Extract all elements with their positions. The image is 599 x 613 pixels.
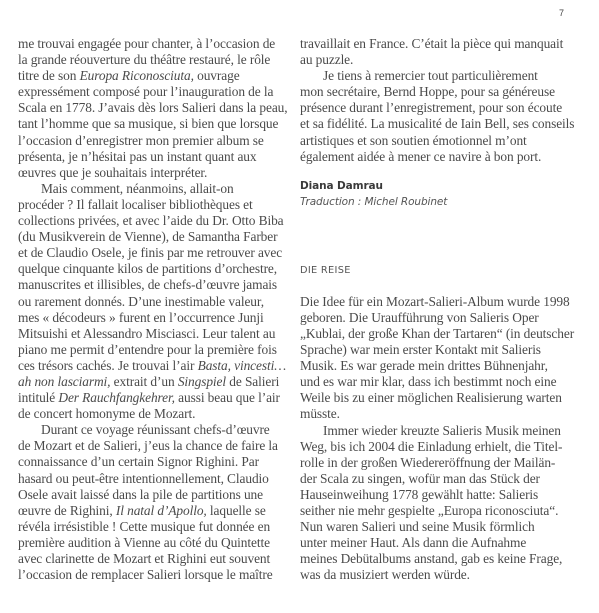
text-line: avec clarinette de Mozart et Righini eut…: [18, 551, 288, 567]
text-line: der Scala zu singen, wofür man das Stück…: [300, 471, 570, 487]
text-line: Osele avait laissé dans la pile de parti…: [18, 487, 288, 503]
text-line: rolle in der großen Wiedereröffnung der …: [300, 455, 570, 471]
text-line: également aidée à mener ce navire à bon …: [300, 149, 570, 165]
text-line: au puzzle.: [300, 52, 570, 68]
text-line: was da musiziert werden würde.: [300, 567, 570, 583]
text-line: première audition à Vienne au côté du Qu…: [18, 535, 288, 551]
text-line: mes « décodeurs » furent en l’occurrence…: [18, 310, 288, 326]
text-line: Mais comment, néanmoins, allait-on: [18, 181, 288, 197]
french-text-block: travaillait en France. C’était la pièce …: [300, 36, 570, 165]
text-line: et sa fidélité. La musicalité de Iain Be…: [300, 116, 570, 132]
text-line: Mitsuishi et Alessandro Misciasci. Leur …: [18, 326, 288, 342]
text-line: tant l’homme que sa musique, si bien que…: [18, 116, 288, 132]
text-run: de Salieri: [226, 374, 279, 389]
text-line: me trouvai engagée pour chanter, à l’occ…: [18, 36, 288, 52]
text-line: hasard ou peut-être intentionnellement, …: [18, 471, 288, 487]
text-line: la grande réouverture du théâtre restaur…: [18, 52, 288, 68]
text-run: œuvre de Righini,: [18, 503, 116, 518]
text-line: Durant ce voyage réunissant chefs-d’œuvr…: [18, 422, 288, 438]
text-line: connaissance d’un certain Signor Righini…: [18, 454, 288, 470]
text-line: collections privées, et avec l’aide du D…: [18, 213, 288, 229]
text-run: ces trésors cachés. Je trouvai l’air: [18, 358, 198, 373]
text-line: de concert homonyme de Mozart.: [18, 406, 288, 422]
text-line: présenta, je n’hésitai pas un instant qu…: [18, 149, 288, 165]
text-line: travaillait en France. C’était la pièce …: [300, 36, 570, 52]
text-line: expressément composé pour l’inauguration…: [18, 84, 288, 100]
italic-title: Il natal d’Apollo,: [116, 503, 207, 518]
page-number: 7: [559, 8, 564, 18]
text-line: l’occasion de remplacer Salieri lorsque …: [18, 567, 288, 583]
text-line: seither nie mehr gespielte „Europa ricon…: [300, 503, 570, 519]
text-line: mon secrétaire, Bernd Hoppe, pour sa gén…: [300, 84, 570, 100]
text-line: titre de son Europa Riconosciuta, ouvrag…: [18, 68, 288, 84]
text-line: Nun waren Salieri und seine Musik förmli…: [300, 519, 570, 535]
text-line: quelque cinquante kilos de partitions d’…: [18, 261, 288, 277]
text-line: „Kublai, der große Khan der Tartaren“ (i…: [300, 326, 570, 342]
text-line: révéla irrésistible ! Cette musique fut …: [18, 519, 288, 535]
text-line: Immer wieder kreuzte Salieris Musik mein…: [300, 423, 570, 439]
text-line: Weile bis zu einer möglichen Realisierun…: [300, 390, 570, 406]
text-line: Musik. Es war gerade mein drittes Bühnen…: [300, 358, 570, 374]
text-line: ah non lasciarmi, extrait d’un Singspiel…: [18, 374, 288, 390]
german-text-block: Die Idee für ein Mozart-Salieri-Album wu…: [300, 294, 570, 584]
text-run: laquelle se: [207, 503, 266, 518]
text-line: piano me permit d’entendre pour la premi…: [18, 342, 288, 358]
text-line: und es war mir klar, dass ich bestimmt n…: [300, 374, 570, 390]
text-line: Hauseinweihung 1778 gewählt hatte: Salie…: [300, 487, 570, 503]
text-run: titre de son: [18, 68, 80, 83]
text-line: artistiques et son soutien émotionnel m’…: [300, 133, 570, 149]
text-line: meines Debütalbums anstand, gab es keine…: [300, 551, 570, 567]
text-line: œuvre de Righini, Il natal d’Apollo, laq…: [18, 503, 288, 519]
text-line: Je tiens à remercier tout particulièreme…: [300, 68, 570, 84]
italic-title: Der Rauchfangkehrer,: [58, 390, 175, 405]
section-heading: DIE REISE: [300, 263, 570, 279]
text-line: l’occasion d’enregistrer mon premier alb…: [18, 133, 288, 149]
text-line: présence durant l’enregistrement, pour s…: [300, 100, 570, 116]
text-line: intitulé Der Rauchfangkehrer, aussi beau…: [18, 390, 288, 406]
text-run: ouvrage: [194, 68, 240, 83]
text-line: Weg, bis ich 2004 die Einladung erhielt,…: [300, 439, 570, 455]
text-line: Sprache) war mein erster Kontakt mit Sal…: [300, 342, 570, 358]
italic-title: Basta, vincesti…: [198, 358, 286, 373]
italic-title: ah non lasciarmi,: [18, 374, 110, 389]
text-run: intitulé: [18, 390, 58, 405]
left-column: me trouvai engagée pour chanter, à l’occ…: [18, 36, 288, 583]
text-line: (du Musikverein de Vienne), de Samantha …: [18, 229, 288, 245]
text-run: aussi beau que l’air: [175, 390, 280, 405]
text-line: de Mozart et de Salieri, j’eus la chance…: [18, 438, 288, 454]
text-line: unter meiner Haut. Als dann die Aufnahme: [300, 535, 570, 551]
text-line: procéder ? Il fallait localiser biblioth…: [18, 197, 288, 213]
italic-title: Europa Riconosciuta,: [80, 68, 194, 83]
text-line: müsste.: [300, 406, 570, 422]
text-line: ces trésors cachés. Je trouvai l’air Bas…: [18, 358, 288, 374]
translator-credit: Traduction : Michel Roubinet: [300, 194, 570, 210]
italic-title: Singspiel: [178, 374, 226, 389]
right-column: travaillait en France. C’était la pièce …: [300, 36, 570, 583]
author-signature: Diana Damrau: [300, 178, 570, 194]
text-line: Die Idee für ein Mozart-Salieri-Album wu…: [300, 294, 570, 310]
text-line: ou rarement donnés. D’une inestimable va…: [18, 294, 288, 310]
text-line: geboren. Die Uraufführung von Salieris O…: [300, 310, 570, 326]
text-run: extrait d’un: [110, 374, 177, 389]
text-line: et de Claudio Osele, je finis par me ret…: [18, 245, 288, 261]
text-line: œuvres que je souhaitais interpréter.: [18, 165, 288, 181]
text-line: manuscrites et illisibles, de chefs-d’œu…: [18, 277, 288, 293]
text-line: Scala en 1778. J’avais dès lors Salieri …: [18, 100, 288, 116]
